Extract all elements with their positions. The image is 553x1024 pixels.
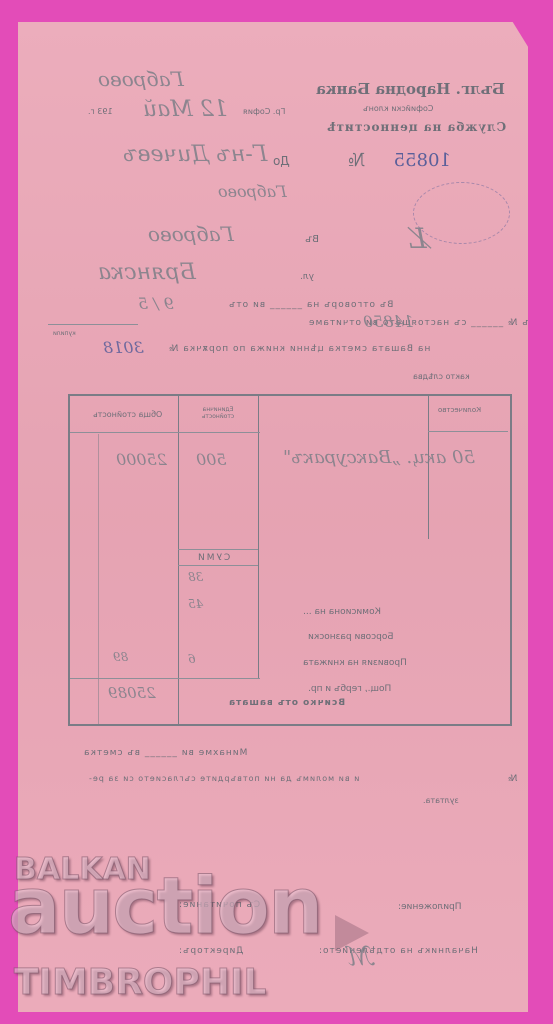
total-rule	[70, 678, 260, 679]
place-label: Гр. София	[243, 107, 285, 116]
row-total-value: 25000	[116, 450, 167, 469]
street-label: ул.	[300, 272, 314, 282]
reply-line: Въ отговоръ на ______ ви отъ	[228, 300, 393, 310]
col-divider	[258, 546, 259, 678]
year-label: 193 г.	[88, 107, 113, 116]
document-number: 10855 №	[348, 150, 451, 171]
charge-4-value: 6	[188, 652, 196, 666]
charge-2-value: 45	[188, 597, 203, 611]
charge-3-label: Провизия на книжата	[303, 658, 407, 668]
branch-name: Софийски клонъ	[363, 104, 433, 113]
as-follows: както слѣдва	[413, 372, 470, 381]
col-divider	[178, 396, 179, 724]
in-label: Въ	[305, 234, 319, 245]
street-handwritten: Брянска	[98, 260, 196, 285]
col-header-unit: Единична стойность	[194, 406, 242, 420]
sums-rule	[178, 565, 258, 566]
department-name: Служба на ценноститѣ	[326, 120, 506, 134]
watermark-arrow-icon	[335, 915, 369, 951]
row-unit-value: 500	[196, 450, 227, 469]
sums-header: СУМИ	[196, 553, 230, 563]
header-rule	[428, 431, 508, 432]
charges-total: 89	[113, 650, 128, 664]
date-handwritten: 12 Май	[143, 97, 228, 122]
to-label: До	[273, 154, 290, 168]
recipient-handwritten: Г-нъ Дичевъ	[123, 142, 267, 167]
number-value: 10855	[394, 150, 451, 171]
order-line: подъ № ______ съ настоящето ви отчитаме	[308, 318, 549, 328]
signature-initials: L̸	[408, 222, 427, 255]
charge-1-value: 38	[188, 570, 203, 584]
securities-table	[68, 394, 512, 726]
col-header-total: Обща стойность	[93, 410, 162, 419]
debit-line: Минахме ви ______ въ сметка	[83, 748, 247, 758]
note-line: и ви молимъ да ни потвърдите съгласието …	[88, 774, 359, 783]
order-number-handwritten: 14850	[363, 312, 414, 331]
date-fraction-handwritten: 9 / 5	[138, 294, 174, 313]
col-divider	[258, 396, 259, 546]
sums-rule	[178, 549, 258, 550]
bank-stamp	[413, 182, 510, 244]
town-handwritten: Габрово	[148, 222, 234, 246]
grid-line	[98, 434, 99, 724]
number-prefix: №	[348, 150, 365, 171]
handwritten-note-top: Габрово	[98, 67, 184, 91]
received-label: Приложение:	[398, 902, 462, 912]
grand-total: 25089	[108, 684, 156, 702]
row-description: 50 акц. „Ваксуракъ"	[283, 447, 475, 468]
account-number-handwritten: 3018	[103, 338, 144, 357]
account-line: на Вашата сметка цѣнни книжа по порѫчка …	[168, 344, 430, 354]
charge-1-label: Комисиона на ...	[303, 607, 381, 617]
charge-2-label: Борсови разноски	[308, 632, 394, 642]
no-label: №	[508, 774, 517, 784]
watermark-timbrophil: TIMBROPHIL	[14, 962, 266, 1003]
col-header-quantity: Количество	[438, 406, 481, 414]
grand-total-label: Всичко отъ вашата	[228, 698, 345, 708]
header-rule	[70, 432, 260, 433]
watermark-auction: auction	[8, 862, 322, 952]
charge-4-label: Пощ., гербъ и пр.	[308, 684, 391, 694]
rule	[48, 324, 138, 325]
city-handwritten: Габрово	[218, 182, 287, 201]
bank-name: Бълг. Народна Банка	[316, 80, 505, 98]
order-note: купили	[53, 330, 76, 337]
note-line-2: зултата.	[423, 796, 459, 805]
